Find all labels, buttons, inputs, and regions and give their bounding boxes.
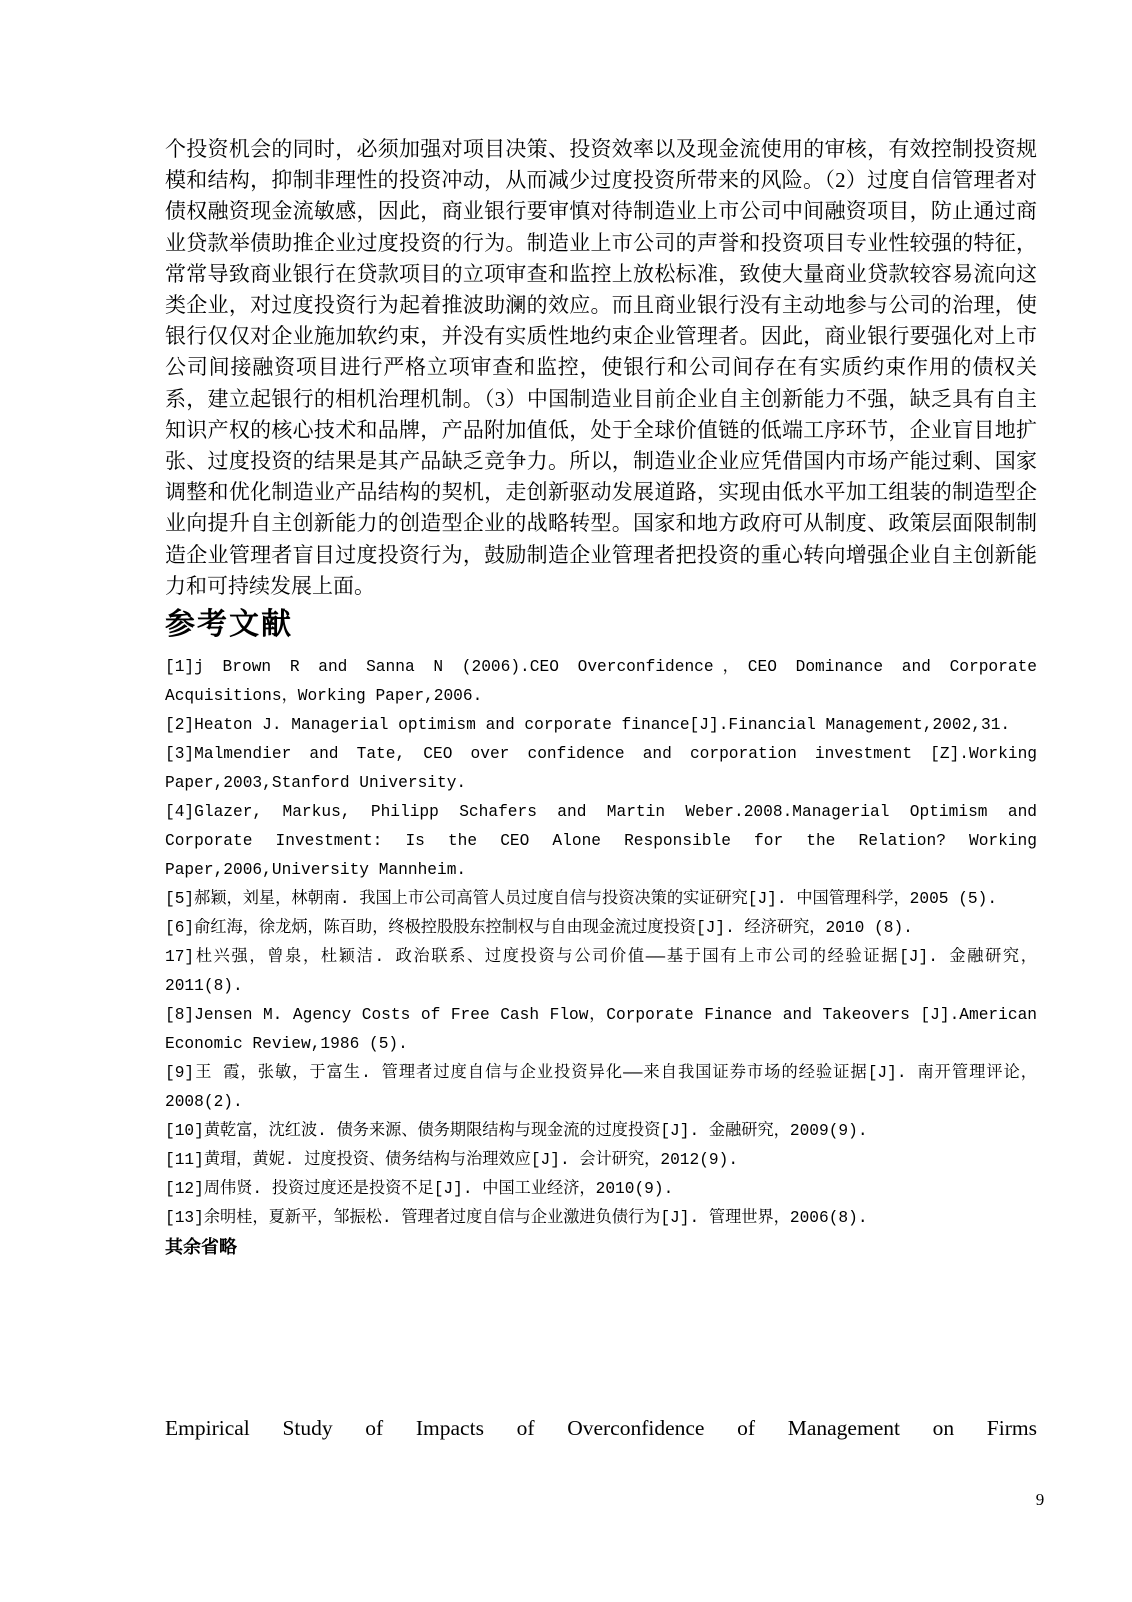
document-page: 个投资机会的同时，必须加强对项目决策、投资效率以及现金流使用的审核，有效控制投资…: [0, 0, 1132, 1602]
references-footnote: 其余省略: [165, 1233, 1037, 1262]
reference-item: [8]Jensen M. Agency Costs of Free Cash F…: [165, 1001, 1037, 1059]
reference-item: [1]j Brown R and Sanna N (2006).CEO Over…: [165, 653, 1037, 711]
references-heading: 参考文献: [165, 603, 293, 647]
reference-item: [2]Heaton J. Managerial optimism and cor…: [165, 711, 1037, 740]
reference-item: [3]Malmendier and Tate, CEO over confide…: [165, 740, 1037, 798]
page-number: 9: [1028, 1488, 1052, 1512]
reference-item: [11]黄瑁，黄妮. 过度投资、债务结构与治理效应[J]. 会计研究，2012(…: [165, 1146, 1037, 1175]
reference-section: [1]j Brown R and Sanna N (2006).CEO Over…: [165, 653, 1037, 1262]
reference-item: [5]郝颖，刘星，林朝南. 我国上市公司高管人员过度自信与投资决策的实证研究[J…: [165, 885, 1037, 914]
body-paragraph: 个投资机会的同时，必须加强对项目决策、投资效率以及现金流使用的审核，有效控制投资…: [165, 134, 1037, 602]
reference-list: [1]j Brown R and Sanna N (2006).CEO Over…: [165, 653, 1037, 1233]
reference-item: [6]俞红海，徐龙炳，陈百助，终极控股股东控制权与自由现金流过度投资[J]. 经…: [165, 914, 1037, 943]
reference-item: [13]余明桂，夏新平，邹振松. 管理者过度自信与企业激进负债行为[J]. 管理…: [165, 1204, 1037, 1233]
reference-item: [9]王 霞，张敏，于富生. 管理者过度自信与企业投资异化——来自我国证券市场的…: [165, 1059, 1037, 1117]
reference-item: [12]周伟贤. 投资过度还是投资不足[J]. 中国工业经济，2010(9).: [165, 1175, 1037, 1204]
reference-item: [4]Glazer, Markus, Philipp Schafers and …: [165, 798, 1037, 885]
reference-item: 17]杜兴强，曾泉，杜颖洁. 政治联系、过度投资与公司价值——基于国有上市公司的…: [165, 943, 1037, 1001]
reference-item: [10]黄乾富，沈红波. 债务来源、债务期限结构与现金流的过度投资[J]. 金融…: [165, 1117, 1037, 1146]
footer-title: Empirical Study of Impacts of Overconfid…: [165, 1413, 1037, 1443]
